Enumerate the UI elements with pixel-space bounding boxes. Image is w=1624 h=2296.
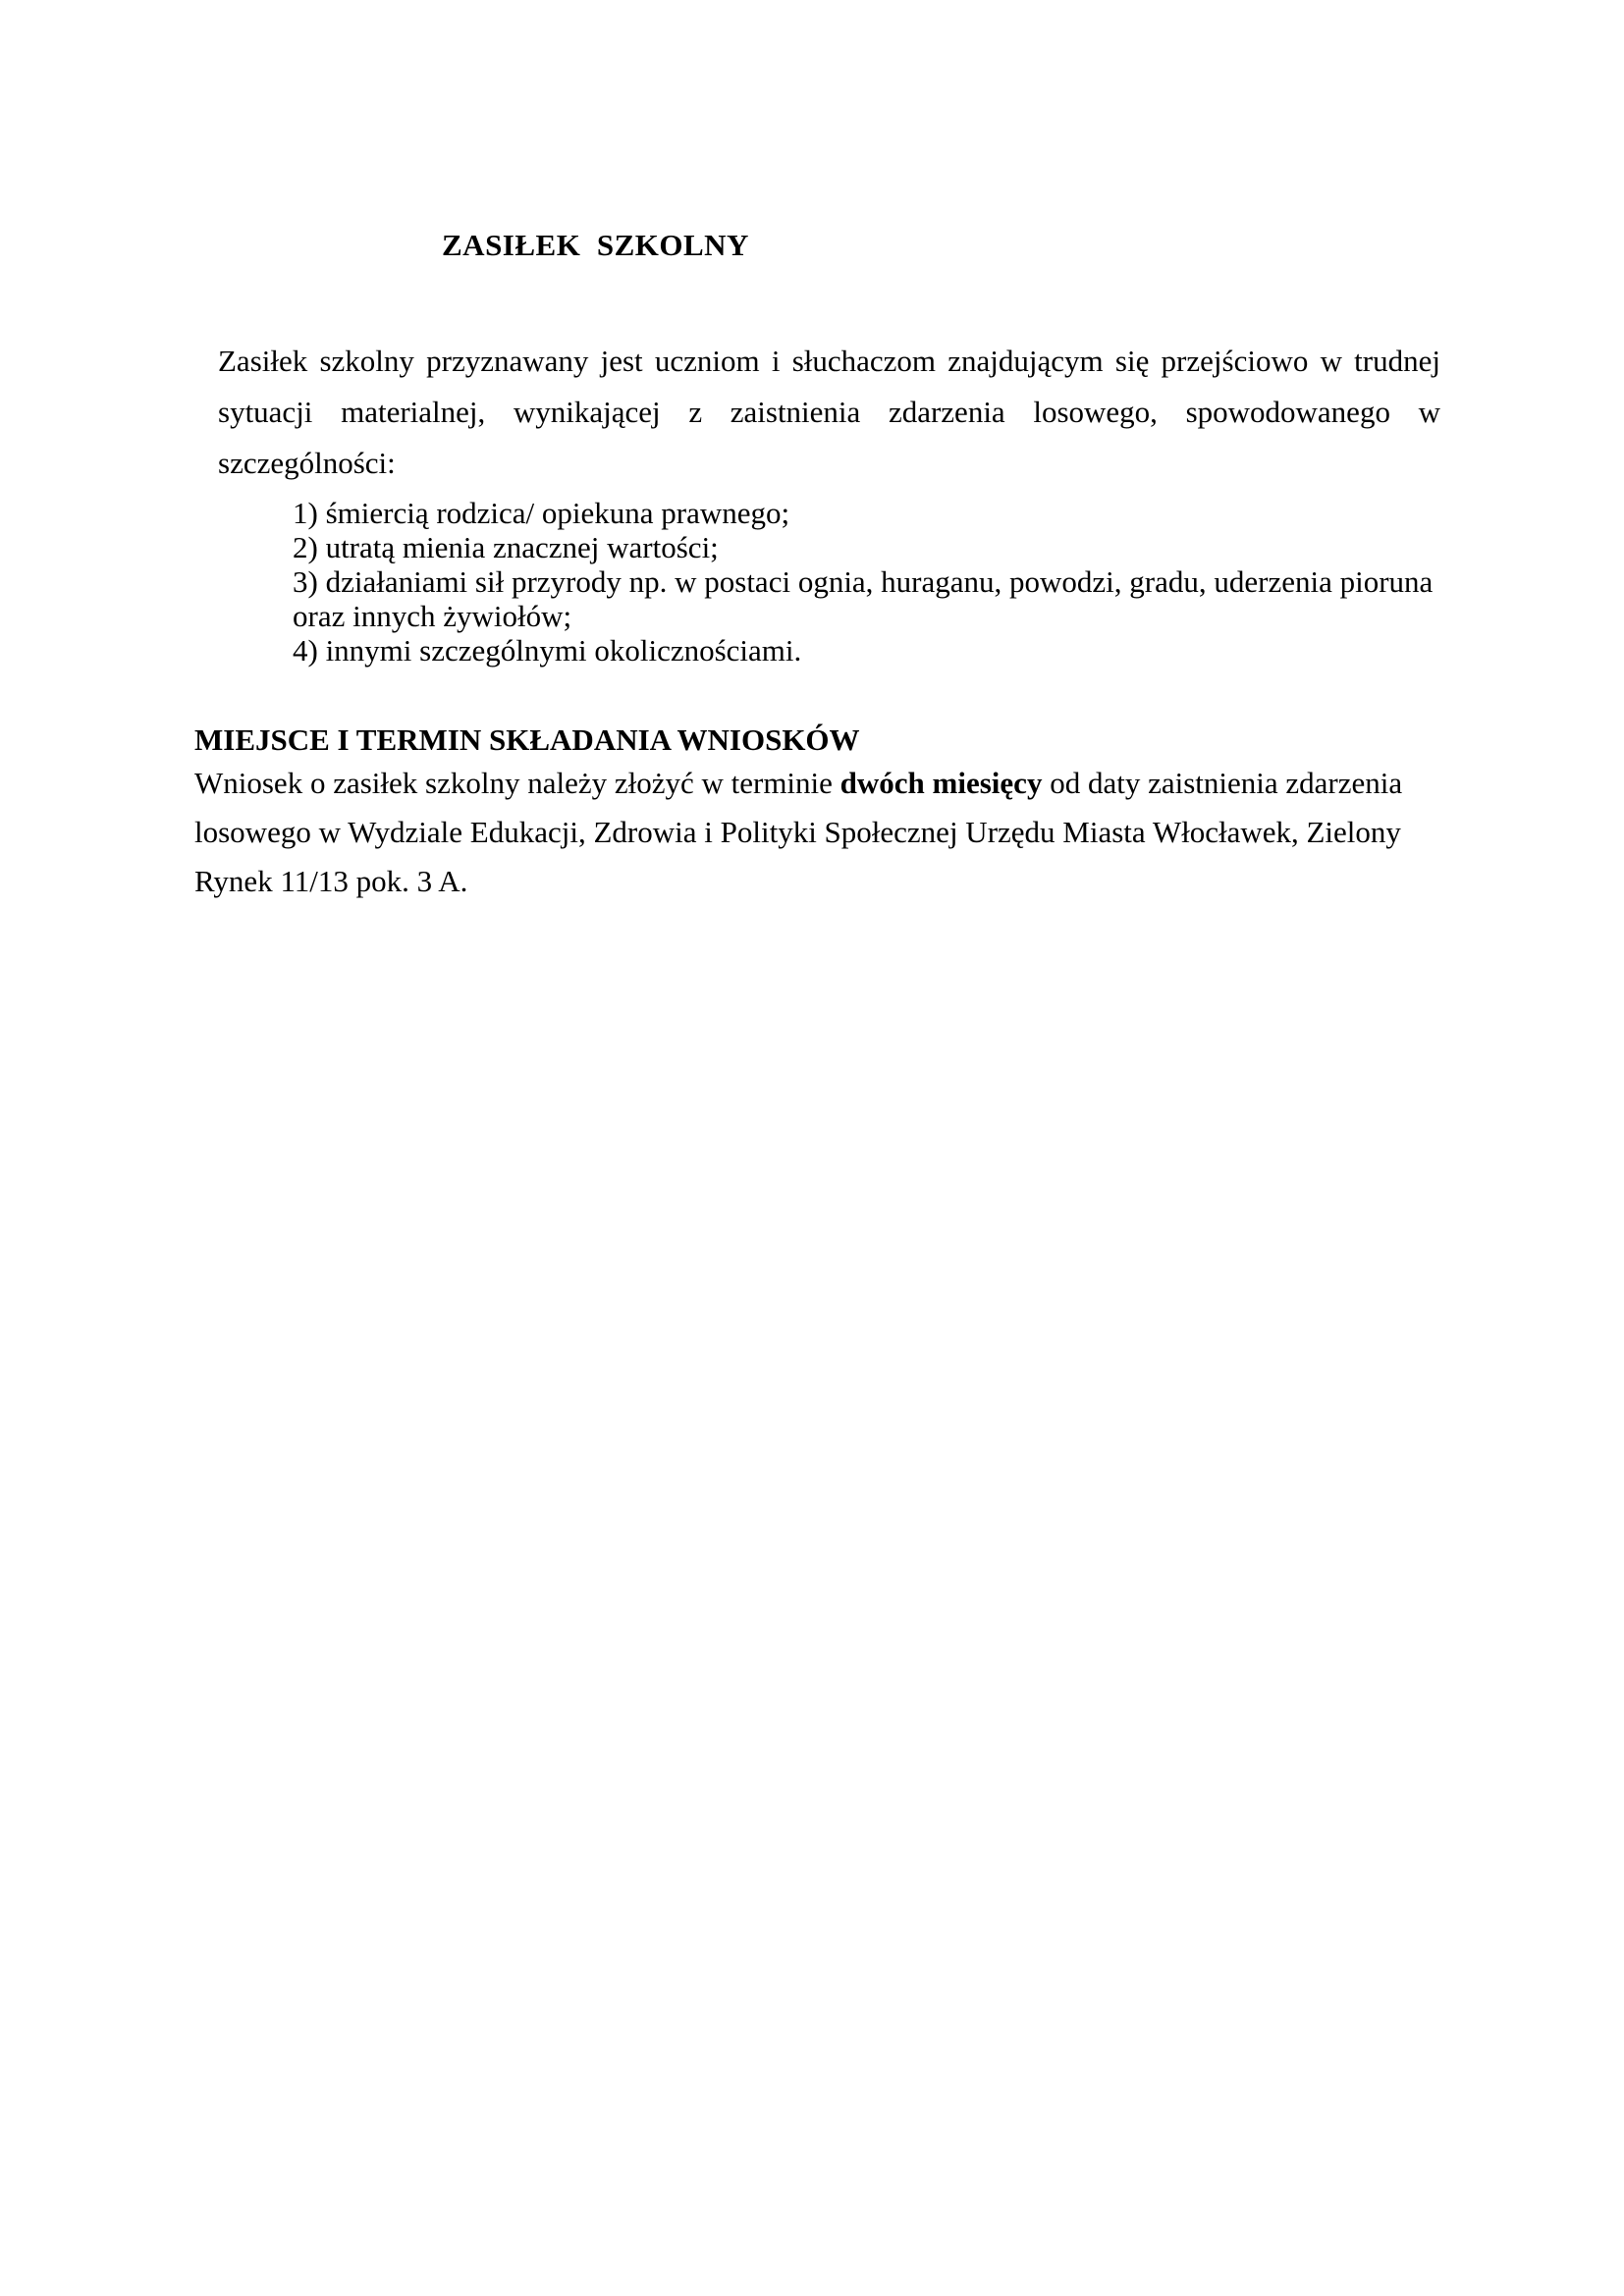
circumstances-list: 1) śmiercią rodzica/ opiekuna prawnego; … <box>293 496 1446 667</box>
section-heading: MIEJSCE I TERMIN SKŁADANIA WNIOSKÓW <box>194 721 1432 759</box>
intro-text: Zasiłek szkolny przyznawany jest uczniom… <box>218 336 1440 489</box>
submission-section: MIEJSCE I TERMIN SKŁADANIA WNIOSKÓW Wnio… <box>194 721 1432 906</box>
intro-paragraph: Zasiłek szkolny przyznawany jest uczniom… <box>218 336 1440 489</box>
list-item: 1) śmiercią rodzica/ opiekuna prawnego; <box>293 496 1446 530</box>
deadline-emphasis: dwóch miesięcy <box>840 766 1043 800</box>
list-item: 2) utratą mienia znacznej wartości; <box>293 530 1446 564</box>
document-title: ZASIŁEK SZKOLNY <box>442 228 749 263</box>
section-body: Wniosek o zasiłek szkolny należy złożyć … <box>194 759 1432 906</box>
list-item: 3) działaniami sił przyrody np. w postac… <box>293 564 1446 633</box>
list-item: 4) innymi szczególnymi okolicznościami. <box>293 633 1446 667</box>
body-text-before: Wniosek o zasiłek szkolny należy złożyć … <box>194 766 840 800</box>
